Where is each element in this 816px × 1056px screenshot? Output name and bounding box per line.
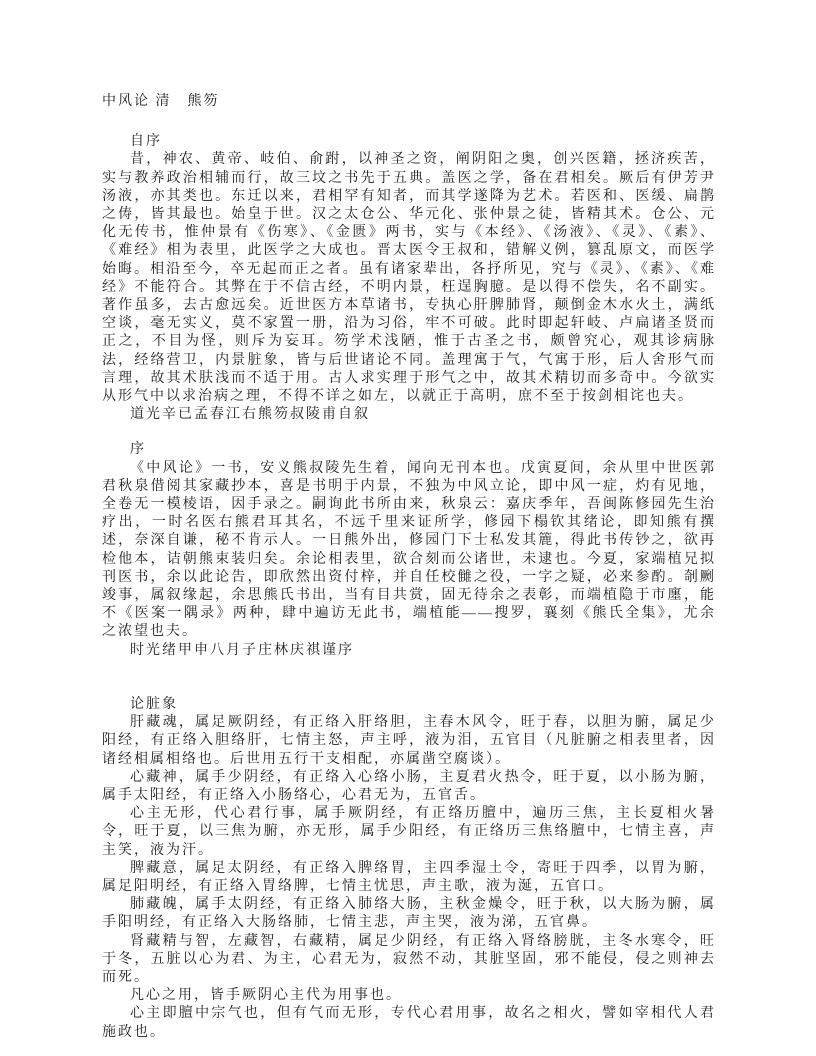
document-page: 中风论 清 熊笏 自序 昔，神农、黄帝、岐伯、俞跗，以神圣之资，阐阴阳之奥，创兴…: [0, 0, 816, 1056]
zangxiang-paragraph-liver: 肝藏魂，属足厥阴经，有正络入肝络胆，主春木风令，旺于春，以胆为腑，属足少阳经，有…: [102, 714, 716, 769]
zangxiang-paragraph-lung: 肺藏魄，属手太阴经，有正络入肺络大肠，主秋金燥令，旺于秋，以大肠为腑，属手阳明经…: [102, 896, 716, 932]
self-preface-heading: 自序: [102, 133, 716, 151]
preface-paragraph: 《中风论》一书，安义熊叔陵先生着，闻向无刊本也。戊寅夏间，余从里中世医郭君秋泉借…: [102, 460, 716, 642]
zangxiang-paragraph-heart: 心藏神，属手少阴经，有正络入心络小肠，主夏君火热令，旺于夏，以小肠为腑，属手太阳…: [102, 769, 716, 805]
preface-heading: 序: [102, 441, 716, 459]
self-preface-signature: 道光辛已孟春江右熊笏叔陵甫自叙: [102, 406, 716, 424]
section-preface: 序 《中风论》一书，安义熊叔陵先生着，闻向无刊本也。戊寅夏间，余从里中世医郭君秋…: [102, 441, 716, 659]
section-self-preface: 自序 昔，神农、黄帝、岐伯、俞跗，以神圣之资，阐阴阳之奥，创兴医籍，拯济疾苦，实…: [102, 133, 716, 424]
zangxiang-heading: 论脏象: [102, 696, 716, 714]
zangxiang-paragraph-pericardium: 心主无形，代心君行事，属手厥阴经，有正络历膻中，遍历三焦，主长夏相火暑令，旺于夏…: [102, 805, 716, 860]
section-zangxiang: 论脏象 肝藏魂，属足厥阴经，有正络入肝络胆，主春木风令，旺于春，以胆为腑，属足少…: [102, 696, 716, 1042]
zangxiang-paragraph-spleen: 脾藏意，属足太阴经，有正络入脾络胃，主四季湿土令，寄旺于四季，以胃为腑，属足阳明…: [102, 860, 716, 896]
document-title: 中风论 清 熊笏: [102, 93, 716, 111]
zangxiang-paragraph-heart-function: 凡心之用，皆手厥阴心主代为用事也。: [102, 987, 716, 1005]
self-preface-paragraph: 昔，神农、黄帝、岐伯、俞跗，以神圣之资，阐阴阳之奥，创兴医籍，拯济疾苦，实与教养…: [102, 151, 716, 406]
preface-signature: 时光绪甲申八月子庄林庆祺谨序: [102, 642, 716, 660]
text-column: 中风论 清 熊笏 自序 昔，神农、黄帝、岐伯、俞跗，以神圣之资，阐阴阳之奥，创兴…: [102, 93, 716, 1042]
zangxiang-paragraph-zongqi: 心主即膻中宗气也，但有气而无形，专代心君用事，故名之相火，譬如宰相代人君施政也。: [102, 1005, 716, 1041]
zangxiang-paragraph-kidney: 肾藏精与智，左藏智，右藏精，属足少阴经，有正络入肾络膀胱，主冬水寒令，旺于冬，五…: [102, 933, 716, 988]
